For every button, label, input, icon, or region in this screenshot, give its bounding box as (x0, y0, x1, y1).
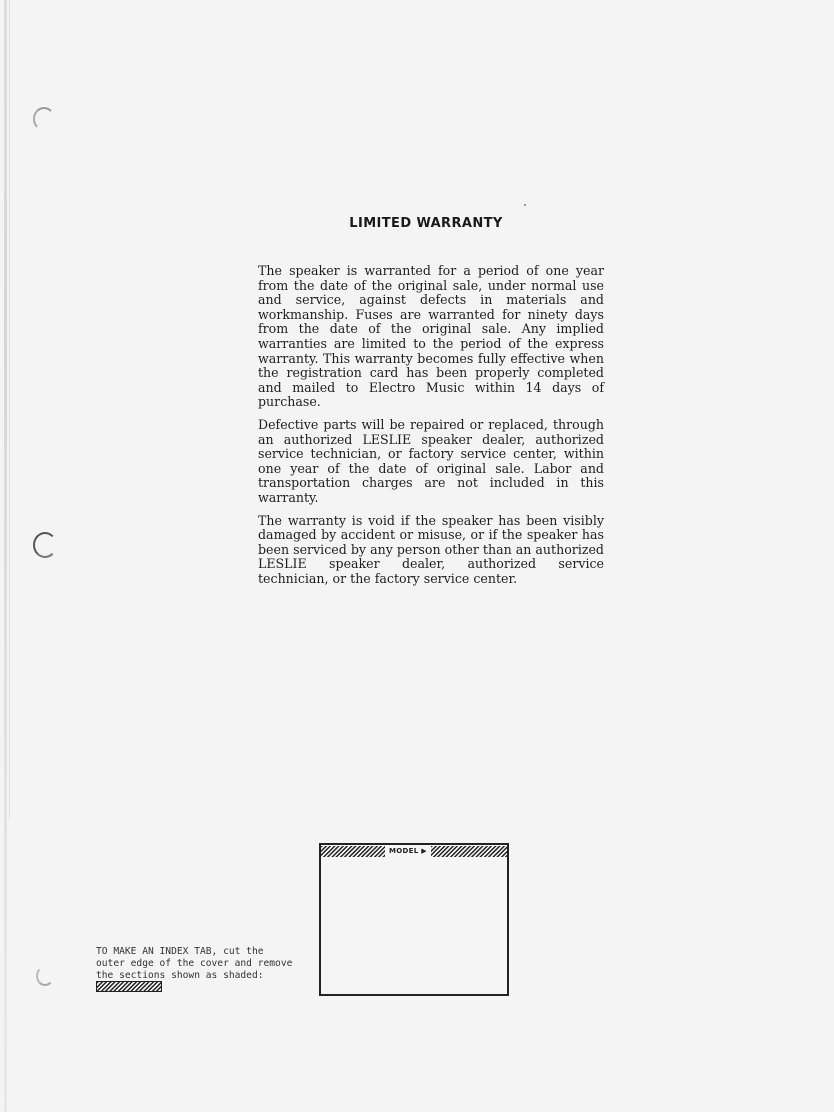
index-tab-instructions: TO MAKE AN INDEX TAB, cut the outer edge… (96, 946, 296, 994)
index-tab-header: MODEL ▶ (321, 845, 507, 857)
scan-speck (524, 204, 526, 206)
page-title: LIMITED WARRANTY (0, 216, 834, 231)
warranty-paragraph-coverage: The speaker is warranted for a period of… (258, 264, 604, 410)
shaded-section-right (431, 846, 507, 857)
binder-hole-middle (33, 532, 57, 558)
instructions-text: TO MAKE AN INDEX TAB, cut the outer edge… (96, 946, 292, 981)
warranty-paragraph-void: The warranty is void if the speaker has … (258, 514, 604, 587)
warranty-paragraph-repairs: Defective parts will be repaired or repl… (258, 418, 604, 506)
model-label: MODEL ▶ (385, 847, 431, 855)
shaded-sample-swatch (96, 981, 162, 992)
shaded-section-left (321, 846, 385, 857)
page-edge-shadow (4, 0, 7, 1112)
page-edge-line (9, 0, 10, 820)
warranty-body: The speaker is warranted for a period of… (258, 264, 604, 594)
binder-hole-top (33, 107, 55, 131)
binder-hole-bottom (36, 966, 54, 986)
index-tab-template: MODEL ▶ (319, 843, 509, 996)
